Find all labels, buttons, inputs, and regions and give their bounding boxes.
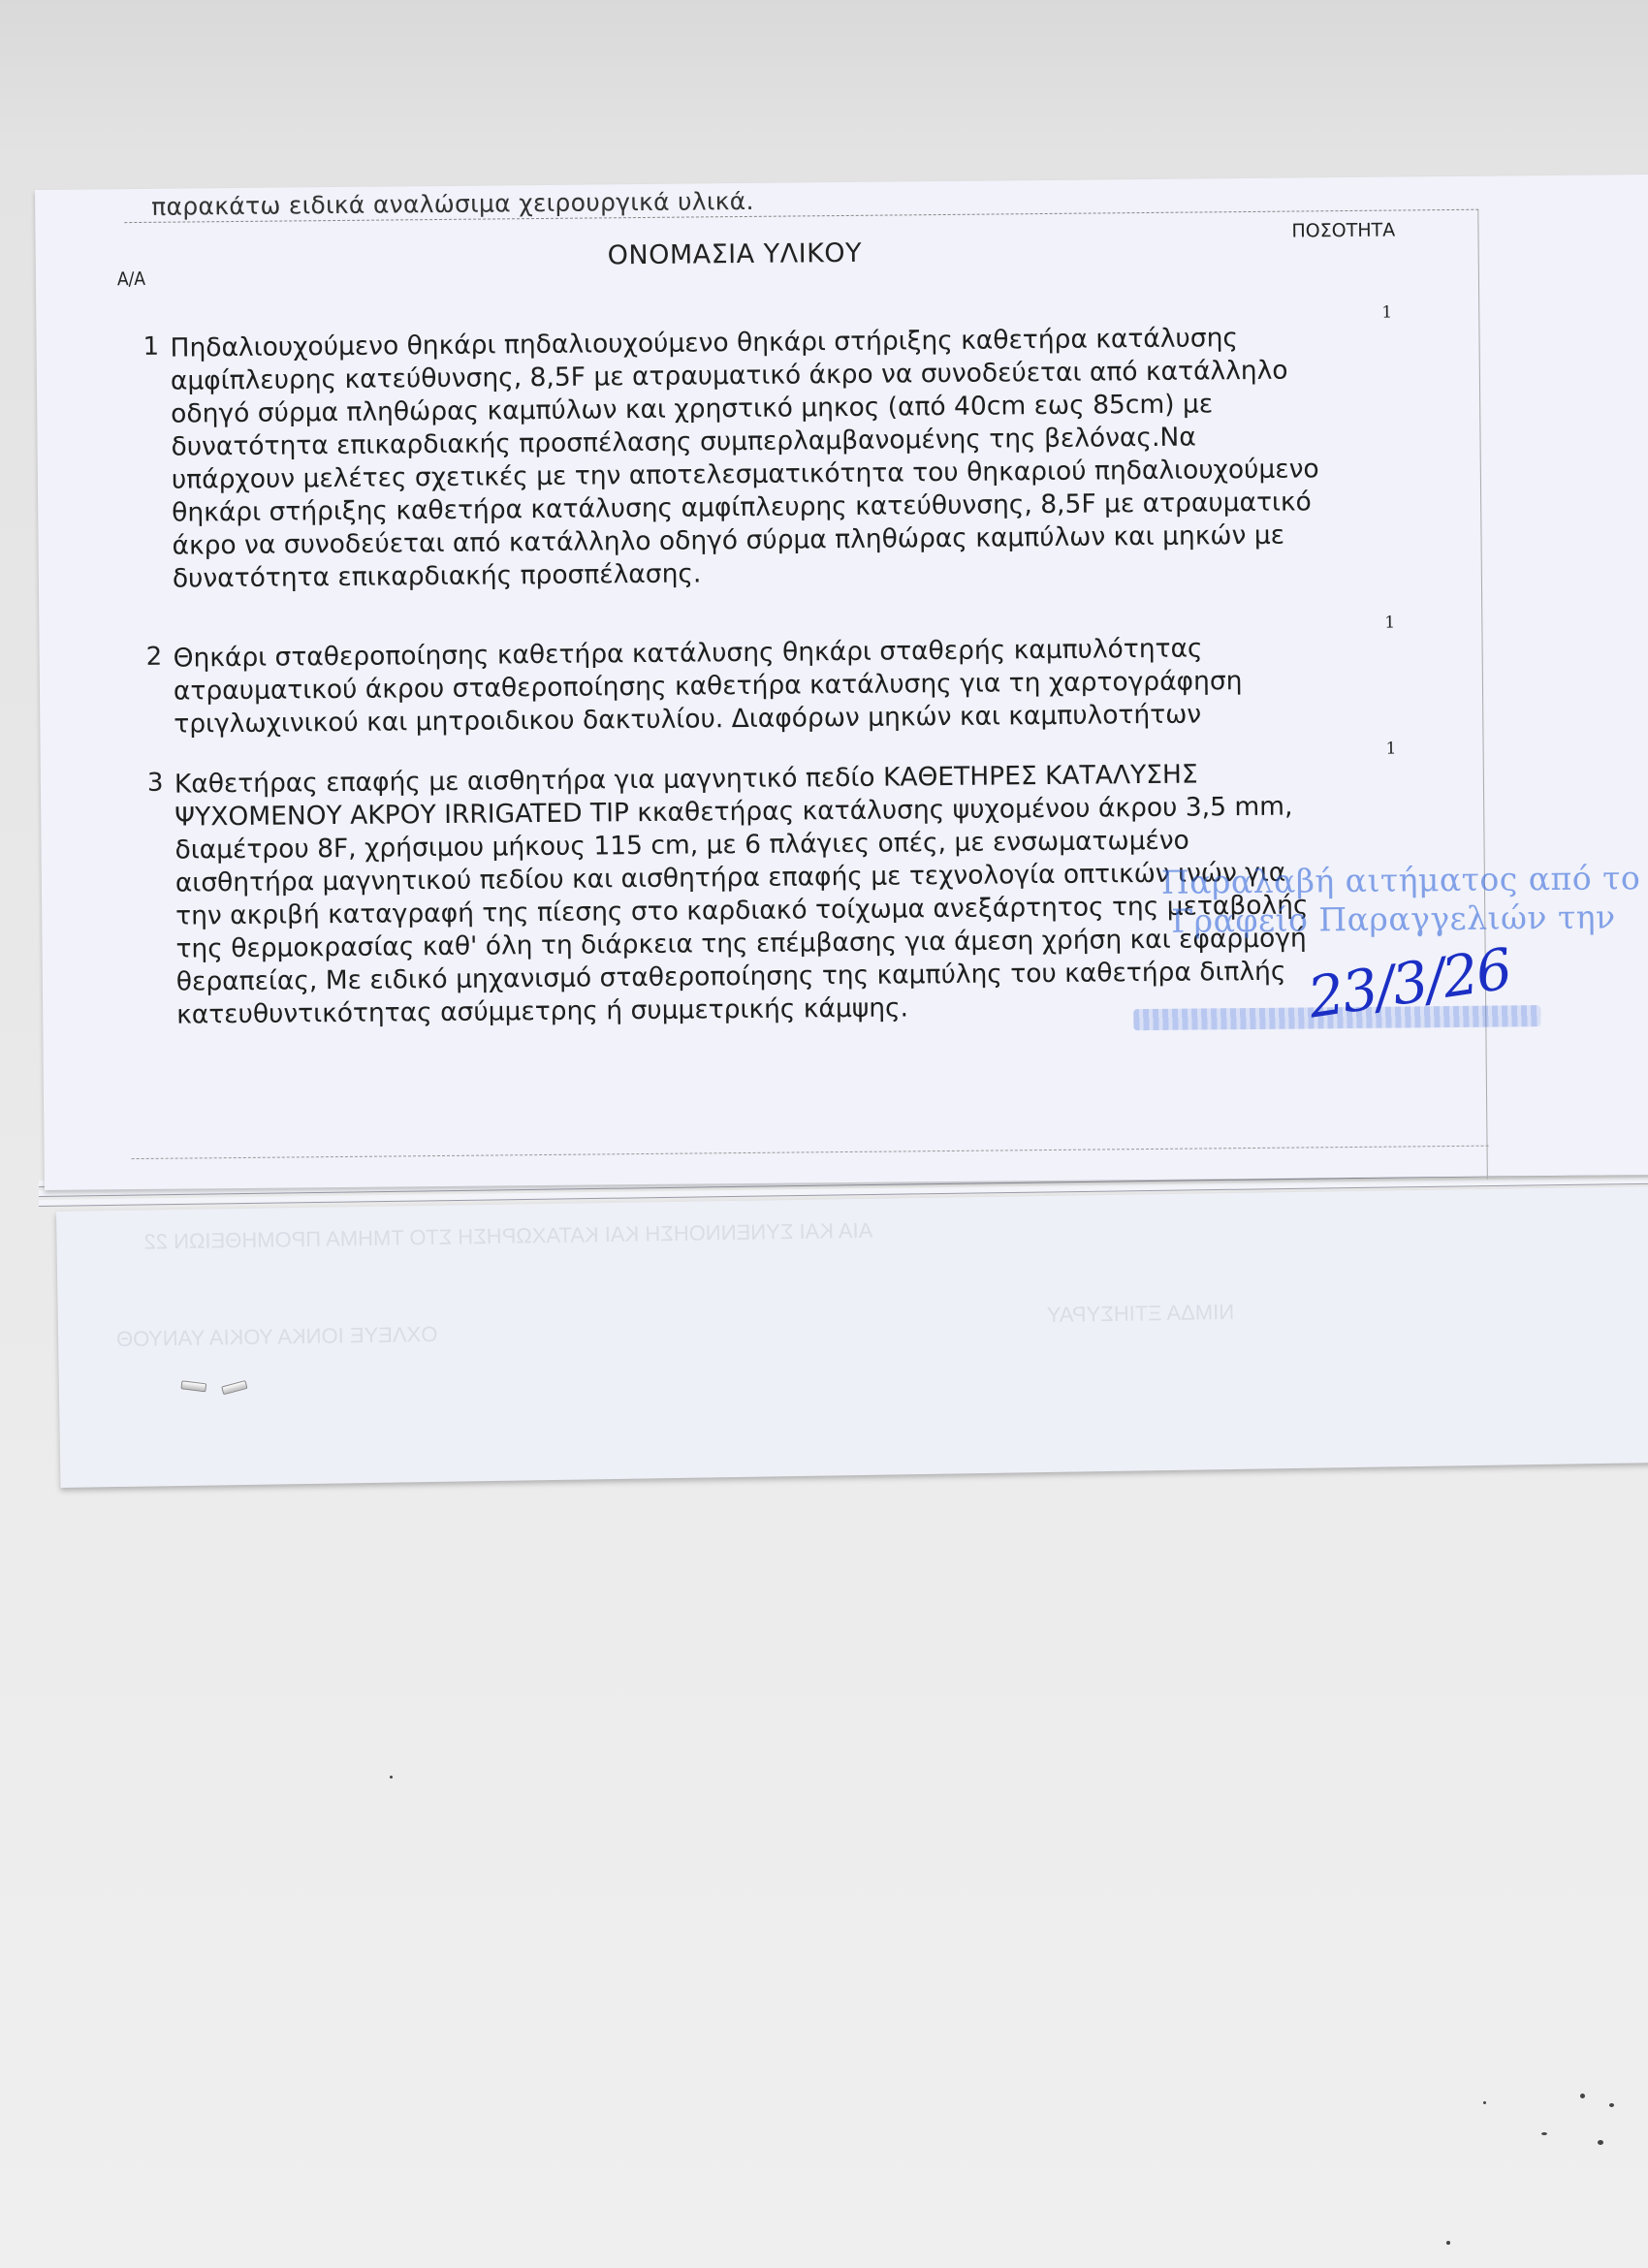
intro-line: παρακάτω ειδικά αναλώσιμα χειρουργικά υλ… <box>151 187 754 221</box>
row-index: 1 <box>143 332 159 362</box>
show-through-text: ΝΙΜΔΑ ΞΤΙΗΣΥΡΑΥ <box>1047 1300 1235 1328</box>
dust-speck <box>1580 2094 1585 2098</box>
dust-speck <box>1541 2132 1547 2135</box>
row-quantity: 1 <box>1381 303 1392 323</box>
back-sheet: ΑΙΑ ΚΑΙ ΣΥΝΕΝΝΟΗΣΗ ΚΑΙ ΚΑΤΑΧΩΡΗΣΗ ΣΤΟ ΤΜ… <box>56 1186 1648 1488</box>
row-description: Θηκάρι σταθεροποίησης καθετήρα κατάλυσης… <box>173 631 1327 740</box>
document-page: παρακάτω ειδικά αναλώσιμα χειρουργικά υλ… <box>35 174 1648 1190</box>
column-header-name: ΟΝΟΜΑΣΙΑ ΥΛΙΚΟΥ <box>608 238 863 271</box>
dust-speck <box>1609 2103 1614 2107</box>
show-through-text: ΑΙΑ ΚΑΙ ΣΥΝΕΝΝΟΗΣΗ ΚΑΙ ΚΑΤΑΧΩΡΗΣΗ ΣΤΟ ΤΜ… <box>143 1218 872 1255</box>
row-description: Πηδαλιουχούμενο θηκάρι πηδαλιουχούμενο θ… <box>170 321 1326 595</box>
row-description: Καθετήρας επαφής με αισθητήρα για μαγνητ… <box>174 757 1331 1031</box>
staple <box>180 1380 206 1392</box>
row-index: 2 <box>145 643 162 672</box>
row-quantity: 1 <box>1384 614 1395 633</box>
staple <box>221 1380 247 1395</box>
dust-speck <box>1598 2140 1603 2145</box>
dust-speck <box>1483 2101 1486 2104</box>
show-through-text: ΟΧΛΕΥΕ ΙΟΝΚΑ ΥΟΚΙΑ ΥΑΝΥΟΘ <box>116 1322 438 1352</box>
row-index: 3 <box>147 769 164 798</box>
column-header-quantity: ΠΟΣΟΤΗΤΑ <box>1291 220 1395 242</box>
row-quantity: 1 <box>1386 740 1397 759</box>
dust-speck <box>1446 2241 1450 2245</box>
dust-speck <box>390 1776 393 1779</box>
column-header-index: Α/Α <box>117 268 145 290</box>
